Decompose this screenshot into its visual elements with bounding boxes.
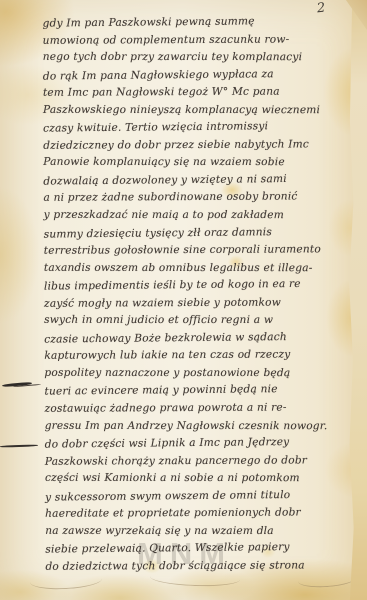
manuscript-line: do dobr części wsi Lipnik a Imc pan Jędr… <box>45 434 345 455</box>
manuscript-line: libus impedimentis ieśli by te od kogo i… <box>44 276 344 297</box>
manuscript-line: gdy Im pan Paszkowski pewną summę <box>42 12 342 33</box>
page-number: 2 <box>316 1 326 17</box>
manuscript-line: y sukcessorom swym owszem de omni titulo <box>45 486 345 507</box>
manuscript-line: Panowie komplanuiący się na wzaiem sobie <box>43 154 343 172</box>
manuscript-line: Paszkowski chorąży znaku pancernego do d… <box>45 452 345 471</box>
manuscript-line: kapturowych lub iakie na ten czas od rze… <box>44 347 344 366</box>
left-margin-ink-mark-1 <box>2 382 32 388</box>
manuscript-line: nego tych dobr przy zawarciu tey komplan… <box>43 49 343 67</box>
manuscript-line: części wsi Kamionki a ni sobie a ni poto… <box>45 470 345 488</box>
manuscript-line: Paszkowskiego ninieyszą komplanacyą wiec… <box>43 102 343 120</box>
manuscript-line: umowioną od complementum szacunku row- <box>43 31 343 50</box>
manuscript-line: zayść mogły na wzaiem siebie y potomkow <box>44 294 344 313</box>
manuscript-page: 2 MNM gdy Im pan Paszkowski pewną summę … <box>0 0 367 600</box>
manuscript-line: siebie przelewaią. Quarto. Wszelkie papi… <box>45 539 345 560</box>
manuscript-line: y przeszkadzać nie maią a to pod zakłade… <box>44 207 344 225</box>
manuscript-line: dozwalaią a dozwoloney y wziętey a ni sa… <box>43 170 343 191</box>
manuscript-line: a ni przez żadne subordinowane osoby bro… <box>43 189 343 208</box>
manuscript-line: czasie uchoway Boże bezkrolewia w sądach <box>44 328 344 349</box>
left-margin-ink-mark-2 <box>0 444 38 447</box>
manuscript-line: do dziedzictwa tych dobr ściągaiące się … <box>45 557 345 576</box>
manuscript-line: na zawsze wyrzekaią się y na wzaiem dla <box>45 523 345 541</box>
manuscript-line: summy dziesięciu tysięcy złł oraz damnis <box>44 223 344 244</box>
handwritten-text-block: gdy Im pan Paszkowski pewną summę umowio… <box>43 13 346 576</box>
manuscript-line: taxandis owszem ab omnibus legalibus et … <box>44 260 344 278</box>
manuscript-line: terrestribus gołosłownie sine corporali … <box>44 241 344 260</box>
manuscript-line: czasy kwituie. Tertio wzięcia intromissy… <box>43 118 343 139</box>
manuscript-line: haereditate et proprietate pomienionych … <box>45 505 345 524</box>
manuscript-line: dziedziczney do dobr przez siebie nabyty… <box>43 136 343 155</box>
manuscript-line: swych in omni judicio et officio regni a… <box>44 312 344 330</box>
manuscript-line: zostawuiąc żadnego prawa powrota a ni re… <box>45 399 345 418</box>
page-edge-strip <box>348 0 367 600</box>
manuscript-line: tem Imc pan Nagłowski tegoż W° Mc pana <box>43 83 343 102</box>
manuscript-line: do rąk Im pana Nagłowskiego wypłaca za <box>43 65 343 86</box>
manuscript-line: gressu Im pan Andrzey Nagłowski czesnik … <box>45 417 345 435</box>
